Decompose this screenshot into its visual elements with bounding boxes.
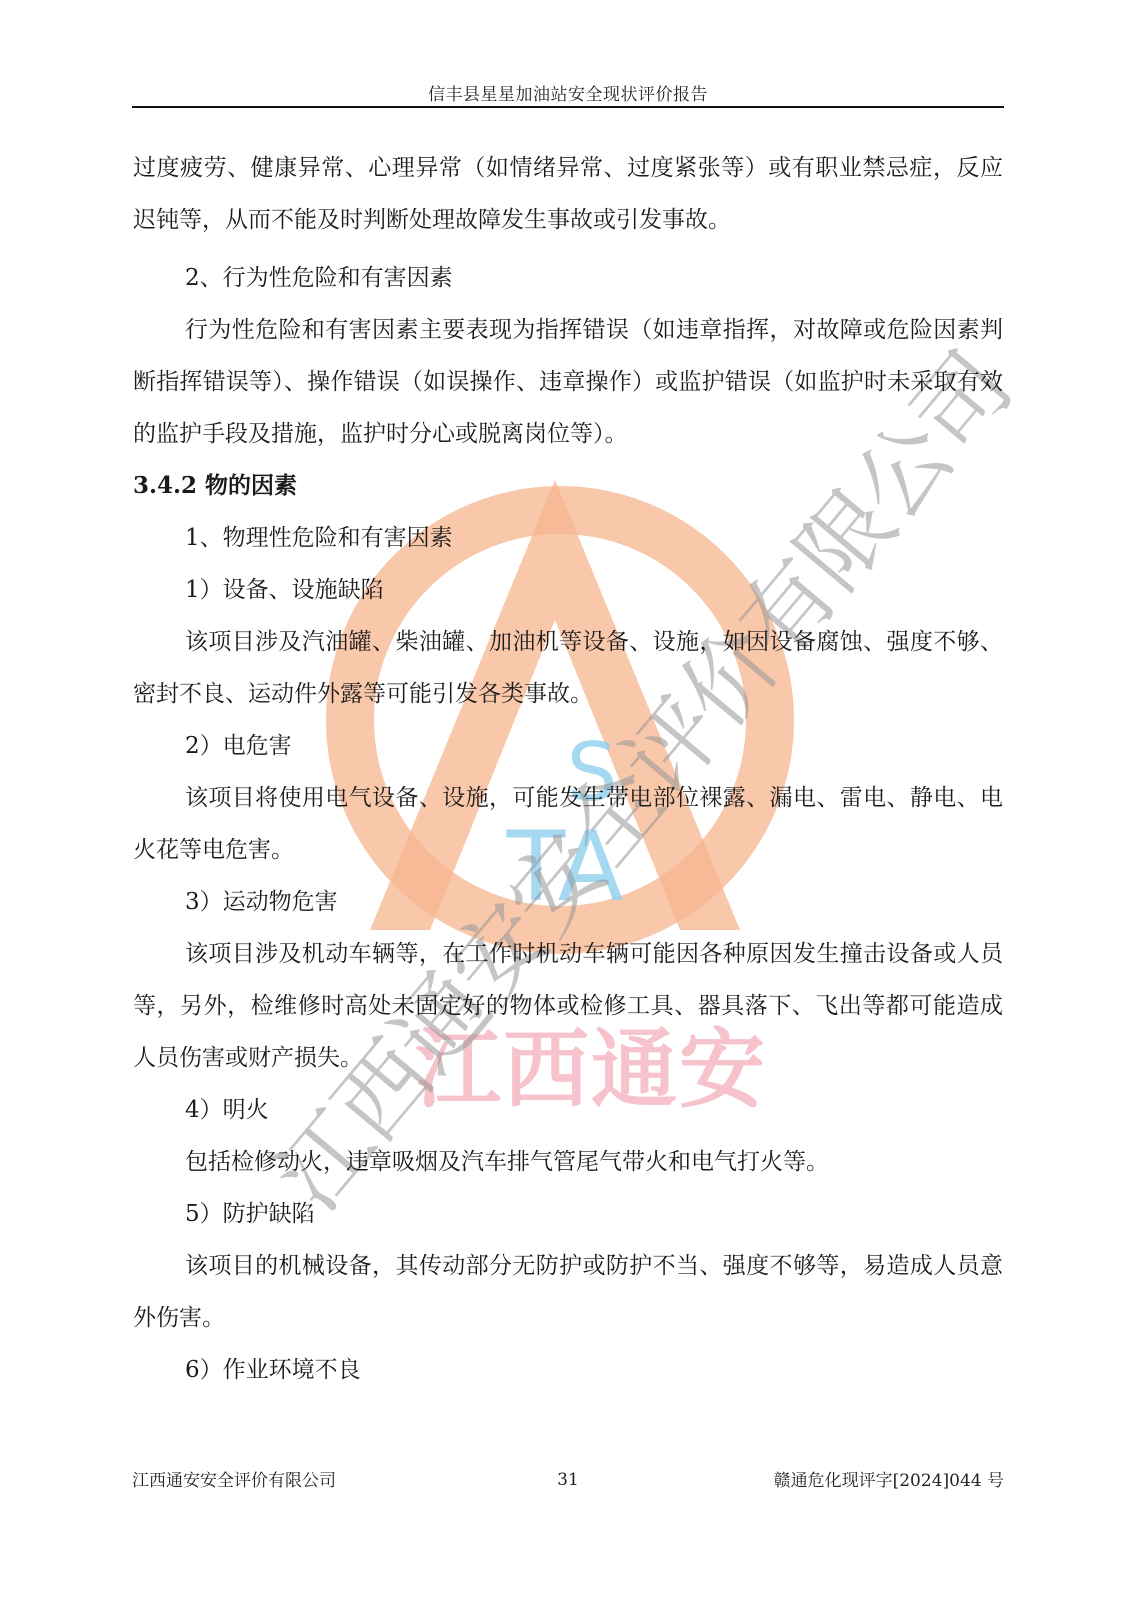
paragraph-behavioral: 行为性危险和有害因素主要表现为指挥错误（如违章指挥，对故障或危险因素判断指挥错误…	[133, 304, 1003, 460]
item-title-behavioral: 2、行为性危险和有害因素	[133, 252, 1003, 304]
page-footer: 江西通安安全评价有限公司 31 赣通危化现评字[2024]044 号	[132, 1466, 1004, 1491]
document-page: S TA 江西通安 江西通安安全评价有限公司 信丰县星星加油站安全现状评价报告 …	[0, 0, 1131, 1600]
item-title-work-environment: 6）作业环境不良	[133, 1344, 1003, 1396]
paragraph-open-fire: 包括检修动火，违章吸烟及汽车排气管尾气带火和电气打火等。	[133, 1136, 1003, 1188]
item-title-equipment-defects: 1）设备、设施缺陷	[133, 564, 1003, 616]
page-number: 31	[132, 1470, 1004, 1490]
document-body: 过度疲劳、健康异常、心理异常（如情绪异常、过度紧张等）或有职业禁忌症，反应迟钝等…	[133, 142, 1003, 1396]
subsection-title-physical: 1、物理性危险和有害因素	[133, 512, 1003, 564]
report-header-title: 信丰县星星加油站安全现状评价报告	[132, 80, 1004, 105]
item-title-electrical-hazard: 2）电危害	[133, 720, 1003, 772]
section-heading-3-4-2: 3.4.2 物的因素	[133, 460, 1003, 512]
header-divider	[132, 106, 1004, 108]
item-title-protection-defects: 5）防护缺陷	[133, 1188, 1003, 1240]
paragraph-human-factors: 过度疲劳、健康异常、心理异常（如情绪异常、过度紧张等）或有职业禁忌症，反应迟钝等…	[133, 142, 1003, 246]
paragraph-moving-objects: 该项目涉及机动车辆等，在工作时机动车辆可能因各种原因发生撞击设备或人员等，另外，…	[133, 928, 1003, 1084]
paragraph-equipment-defects: 该项目涉及汽油罐、柴油罐、加油机等设备、设施，如因设备腐蚀、强度不够、密封不良、…	[133, 616, 1003, 720]
paragraph-protection-defects: 该项目的机械设备，其传动部分无防护或防护不当、强度不够等，易造成人员意外伤害。	[133, 1240, 1003, 1344]
item-title-moving-objects: 3）运动物危害	[133, 876, 1003, 928]
paragraph-electrical-hazard: 该项目将使用电气设备、设施，可能发生带电部位裸露、漏电、雷电、静电、电火花等电危…	[133, 772, 1003, 876]
item-title-open-fire: 4）明火	[133, 1084, 1003, 1136]
